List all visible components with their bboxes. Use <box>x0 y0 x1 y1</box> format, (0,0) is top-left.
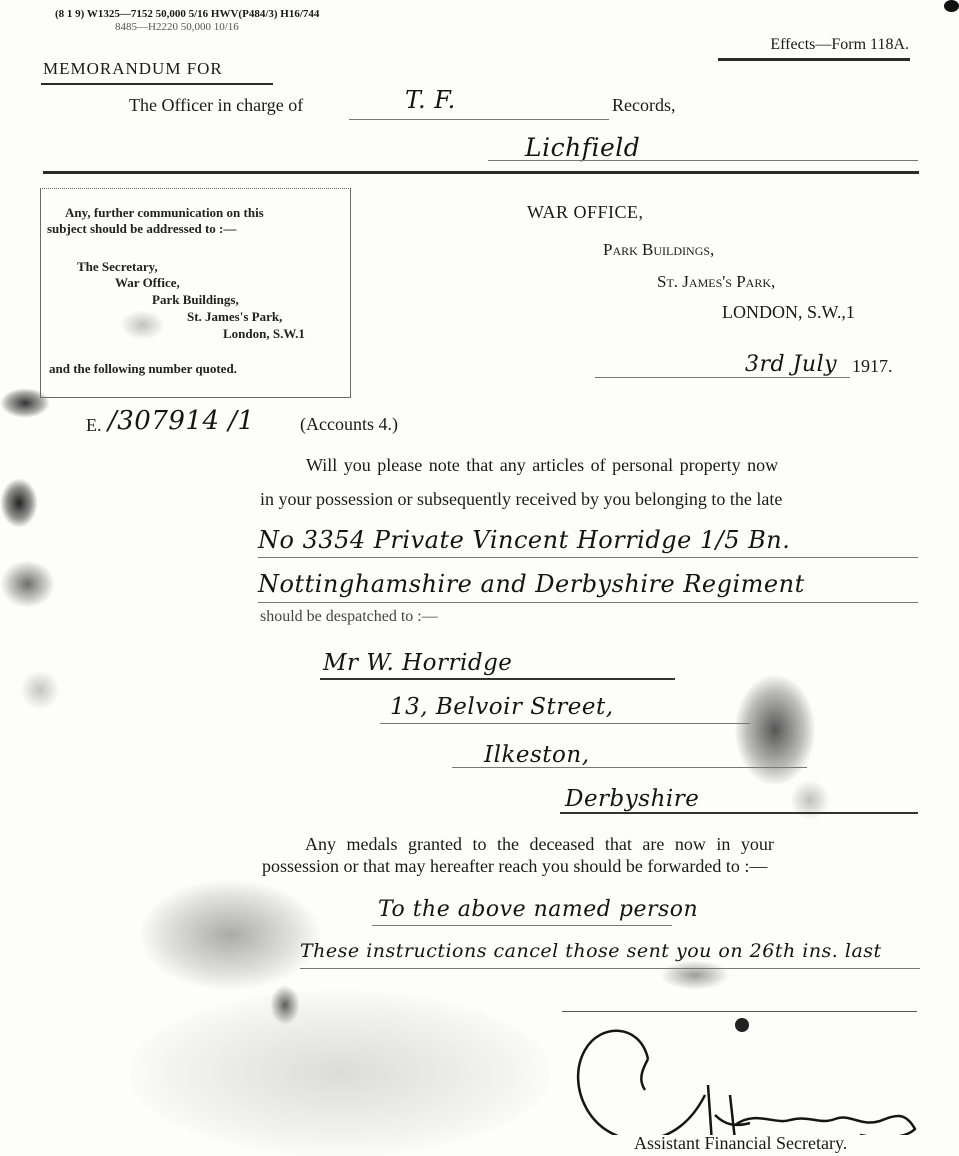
ink-blot <box>0 560 55 608</box>
signatory-title: Assistant Financial Secretary. <box>634 1133 847 1154</box>
recipient-street-underline <box>380 723 750 724</box>
ink-blot <box>790 780 830 820</box>
sender-line-1: WAR OFFICE, <box>527 202 644 223</box>
recipient-name-underline <box>320 678 675 680</box>
medals-recipient-field[interactable]: To the above named person <box>378 897 698 922</box>
recipient-town-field[interactable]: Ilkeston, <box>484 742 590 768</box>
print-codes: (8 1 9) W1325—7152 50,000 5/16 HWV(P484/… <box>55 8 319 34</box>
date-field[interactable]: 3rd July <box>745 352 837 377</box>
recipient-name-field[interactable]: Mr W. Horridge <box>323 650 512 676</box>
ink-blot <box>0 478 38 528</box>
note-line-2: subject should be addressed to :— <box>47 221 236 237</box>
despatch-label: should be despatched to :— <box>260 608 438 626</box>
paragraph-2-line-1: Any medals granted to the deceased that … <box>305 834 774 855</box>
ink-blot <box>270 985 300 1025</box>
recipient-county-field[interactable]: Derbyshire <box>565 786 699 812</box>
signature-line <box>562 1011 917 1012</box>
form-label-underline <box>718 58 910 61</box>
ink-blot <box>660 960 730 990</box>
deceased-field-line-1[interactable]: No 3354 Private Vincent Horridge 1/5 Bn. <box>258 526 790 554</box>
signature-icon: C. Harris <box>560 1015 940 1135</box>
reference-department: (Accounts 4.) <box>300 414 398 435</box>
sender-line-4: LONDON, S.W.,1 <box>722 302 855 323</box>
ink-blot <box>735 675 815 785</box>
ink-blot <box>20 670 60 710</box>
memo-title-underline <box>41 83 273 85</box>
officer-field-line <box>349 119 609 120</box>
recipient-county-underline <box>560 812 918 814</box>
water-stain <box>140 880 320 990</box>
note-address-3: Park Buildings, <box>152 292 239 308</box>
note-address-1: The Secretary, <box>77 259 158 275</box>
water-stain <box>130 990 550 1156</box>
recipient-street-field[interactable]: 13, Belvoir Street, <box>390 694 614 720</box>
header-divider <box>43 171 919 174</box>
deceased-field-line-2[interactable]: Nottinghamshire and Derbyshire Regiment <box>258 570 805 598</box>
date-year: 1917. <box>852 356 893 377</box>
paragraph-1-line-2: in your possession or subsequently recei… <box>260 489 782 510</box>
paragraph-2-line-2: possession or that may hereafter reach y… <box>262 856 767 877</box>
print-codes-line2: 8485—H2220 50,000 10/16 <box>55 21 319 34</box>
ink-blot <box>944 0 959 12</box>
reference-number-field[interactable]: /307914 /1 <box>108 406 255 436</box>
recipient-town-underline <box>452 767 807 768</box>
note-footer: and the following number quoted. <box>49 361 237 377</box>
note-line-1: Any, further communication on this <box>65 205 264 221</box>
reference-prefix: E. <box>86 415 102 436</box>
officer-label: The Officer in charge of <box>129 95 303 116</box>
deceased-field-underline-2 <box>258 602 918 603</box>
officer-field[interactable]: T. F. <box>405 86 456 114</box>
date-field-line <box>595 377 850 378</box>
note-address-4: St. James's Park, <box>187 309 282 325</box>
deceased-field-underline-1 <box>258 557 918 558</box>
correspondence-note-box: Any, further communication on this subje… <box>40 188 351 398</box>
sender-line-3: St. James's Park, <box>657 272 775 292</box>
note-address-2: War Office, <box>115 275 180 291</box>
print-codes-line1: (8 1 9) W1325—7152 50,000 5/16 HWV(P484/… <box>55 8 319 21</box>
cancellation-note-underline <box>300 968 920 969</box>
note-address-5: London, S.W.1 <box>223 326 305 342</box>
medals-recipient-underline <box>372 925 672 926</box>
records-label: Records, <box>612 95 675 116</box>
location-field[interactable]: Lichfield <box>525 133 640 162</box>
memo-title: MEMORANDUM FOR <box>43 59 223 79</box>
paragraph-1-line-1: Will you please note that any articles o… <box>306 455 778 476</box>
location-field-line <box>488 160 918 161</box>
sender-line-2: Park Buildings, <box>603 240 714 260</box>
cancellation-note: These instructions cancel those sent you… <box>300 940 882 962</box>
form-label: Effects—Form 118A. <box>770 36 909 54</box>
